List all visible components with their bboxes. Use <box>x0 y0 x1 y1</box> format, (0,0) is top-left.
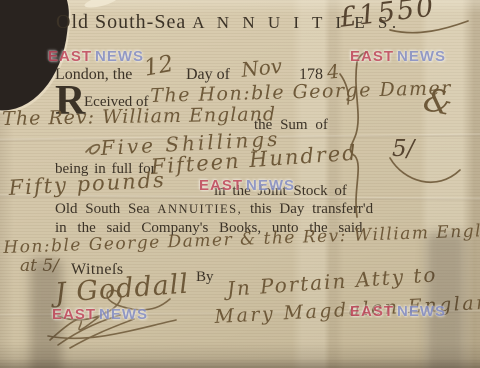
document-photo: Old South-SeaA N N U I T I E S. £1550 Lo… <box>0 0 480 368</box>
handwritten-day: 12 <box>142 51 175 82</box>
by-label: By <box>196 269 214 286</box>
date-dayof-label: Day of <box>186 66 230 84</box>
watermark: EASTNEWS <box>199 177 295 194</box>
shadow-band <box>426 232 466 368</box>
title-prefix: Old South-Sea <box>56 11 186 33</box>
watermark: EASTNEWS <box>350 303 446 320</box>
watermark-east: EAST <box>350 303 394 320</box>
watermark-news: NEWS <box>397 48 446 65</box>
body-line-2-suffix: this Day transferr'd <box>250 201 373 217</box>
handwritten-month: Nov <box>240 54 283 82</box>
body-line-2-prefix: Old South Sea <box>55 201 150 217</box>
watermark-east: EAST <box>48 48 92 65</box>
watermark-news: NEWS <box>99 306 148 323</box>
handwritten-amount-figures: 5/ <box>392 136 414 162</box>
watermark-news: NEWS <box>246 177 295 194</box>
watermark-news: NEWS <box>397 303 446 320</box>
watermark: EASTNEWS <box>48 48 144 65</box>
watermark-news: NEWS <box>95 48 144 65</box>
watermark-east: EAST <box>52 306 96 323</box>
body-line-2: Old South Sea ANNUITIES, this Day transf… <box>55 201 373 218</box>
body-line-2-caps: ANNUITIES, <box>157 202 242 216</box>
watermark: EASTNEWS <box>350 48 446 65</box>
watermark-east: EAST <box>199 177 243 194</box>
watermark-east: EAST <box>350 48 394 65</box>
watermark: EASTNEWS <box>52 306 148 323</box>
